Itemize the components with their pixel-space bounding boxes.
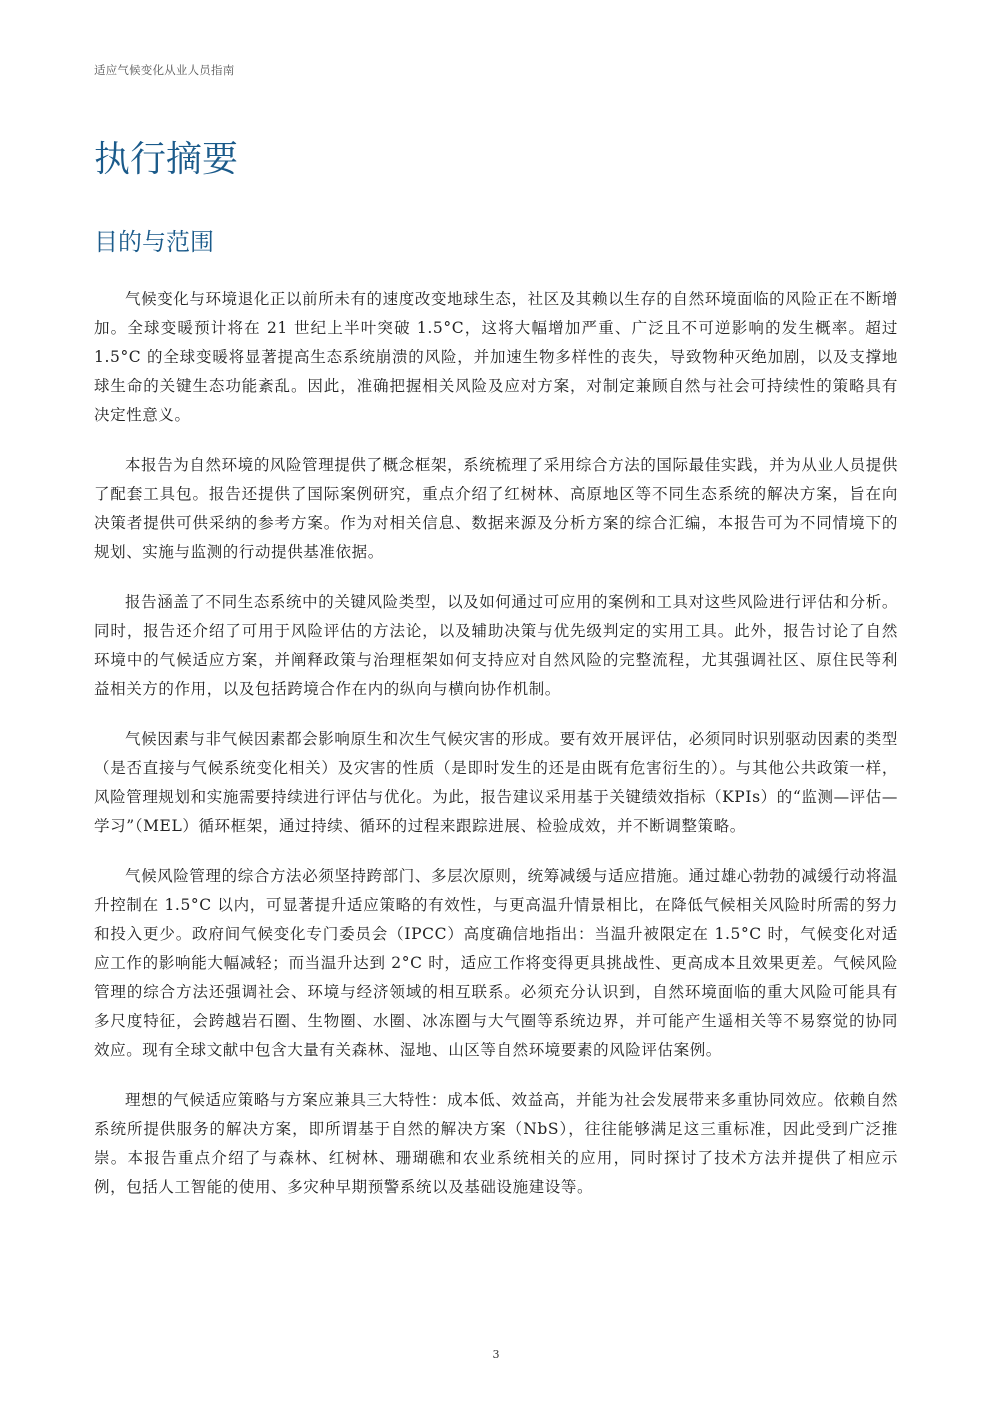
- body-text: 气候变化与环境退化正以前所未有的速度改变地球生态，社区及其赖以生存的自然环境面临…: [94, 285, 898, 1223]
- page-number: 3: [0, 1348, 992, 1361]
- paragraph-climate-change-context: 气候变化与环境退化正以前所未有的速度改变地球生态，社区及其赖以生存的自然环境面临…: [94, 285, 898, 430]
- paragraph-integrated-approach: 气候风险管理的综合方法必须坚持跨部门、多层次原则，统筹减缓与适应措施。通过雄心勃…: [94, 862, 898, 1065]
- paragraph-report-coverage: 报告涵盖了不同生态系统中的关键风险类型，以及如何通过可应用的案例和工具对这些风险…: [94, 588, 898, 704]
- paragraph-nature-based-solutions: 理想的气候适应策略与方案应兼具三大特性：成本低、效益高，并能为社会发展带来多重协…: [94, 1086, 898, 1202]
- page-title: 执行摘要: [94, 138, 238, 182]
- running-header: 适应气候变化从业人员指南: [94, 62, 234, 78]
- paragraph-hazard-factors: 气候因素与非气候因素都会影响原生和次生气候灾害的形成。要有效开展评估，必须同时识…: [94, 725, 898, 841]
- paragraph-report-framework: 本报告为自然环境的风险管理提供了概念框架，系统梳理了采用综合方法的国际最佳实践，…: [94, 451, 898, 567]
- section-heading-purpose-scope: 目的与范围: [94, 226, 214, 258]
